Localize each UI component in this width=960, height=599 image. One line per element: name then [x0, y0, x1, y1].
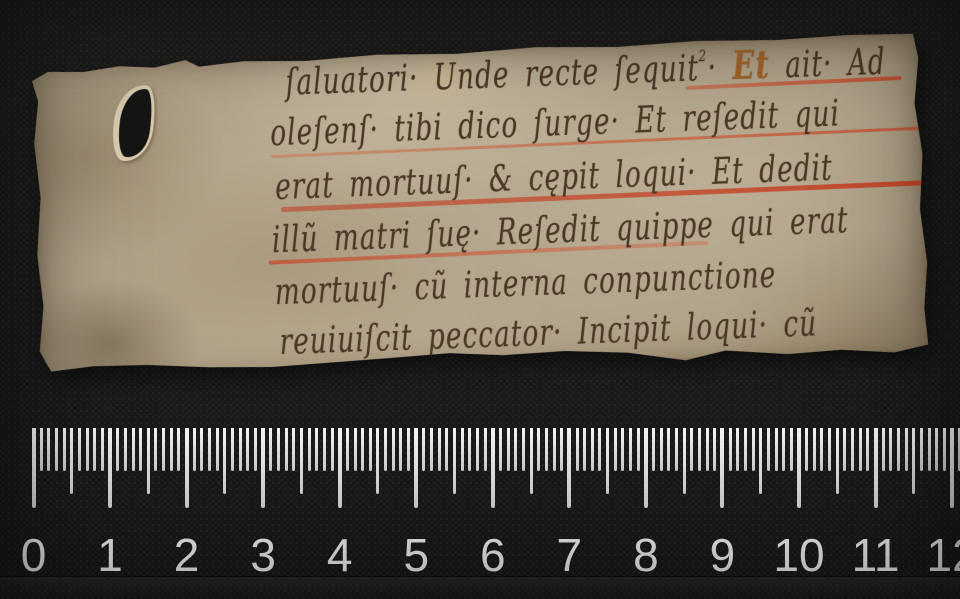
ruler-tick	[277, 428, 280, 471]
ruler-tick	[261, 428, 265, 508]
ruler-tick	[331, 428, 334, 471]
ruler-tick	[55, 428, 58, 471]
ruler-tick	[430, 428, 433, 471]
parchment-fragment: ſaluatori· Unde recte ſequit2· Et ait· A…	[30, 33, 931, 384]
ruler-tick	[323, 428, 326, 471]
ruler-tick	[468, 428, 471, 471]
ruler-tick	[889, 428, 892, 471]
ruler-tick	[560, 428, 563, 471]
ruler-tick	[652, 428, 655, 471]
ruler-tick	[683, 428, 686, 494]
ruler-tick	[530, 428, 533, 494]
ruler-tick	[139, 428, 142, 471]
ruler-tick	[874, 428, 878, 508]
ruler-tick	[591, 428, 594, 471]
ruler-tick	[208, 428, 211, 471]
ruler-tick	[736, 428, 739, 471]
ruler-number: 12	[927, 528, 960, 582]
ruler-tick	[522, 428, 525, 471]
photograph: ſaluatori· Unde recte ſequit2· Et ait· A…	[0, 0, 960, 599]
ruler-tick	[836, 428, 839, 494]
ruler-tick	[399, 428, 402, 471]
ruler-number: 3	[250, 528, 276, 582]
ruler-tick	[162, 428, 165, 471]
text-segment: Et	[731, 42, 770, 89]
ruler-tick	[124, 428, 127, 471]
ruler-tick	[820, 428, 823, 471]
ruler-tick	[928, 428, 931, 471]
ruler-tick	[147, 428, 150, 494]
ruler-tick	[70, 428, 73, 494]
ruler-tick	[422, 428, 425, 471]
ruler-tick	[629, 428, 632, 471]
ruler-tick	[920, 428, 923, 471]
ruler-tick	[63, 428, 66, 471]
table-edge	[0, 576, 960, 599]
ruler-tick	[491, 428, 495, 508]
ruler-tick	[170, 428, 173, 471]
ruler-tick	[950, 428, 954, 508]
ruler-tick	[93, 428, 96, 471]
ruler-tick	[744, 428, 747, 471]
ruler-tick	[935, 428, 938, 471]
ruler-tick	[706, 428, 709, 471]
ruler-number: 7	[557, 528, 583, 582]
ruler-tick	[905, 428, 908, 471]
ruler-tick	[598, 428, 601, 471]
ruler-tick	[752, 428, 755, 471]
ruler-tick	[912, 428, 915, 494]
ruler-number: 10	[773, 528, 824, 582]
ruler-tick	[507, 428, 510, 471]
ruler-tick	[576, 428, 579, 471]
ruler-tick	[775, 428, 778, 471]
ruler-tick	[47, 428, 50, 471]
ruler-tick	[943, 428, 946, 471]
ruler-tick	[644, 428, 648, 508]
ruler-number: 4	[327, 528, 353, 582]
ruler-tick	[223, 428, 226, 494]
ruler-tick	[216, 428, 219, 471]
ruler-tick	[843, 428, 846, 471]
ruler-number: 1	[97, 528, 123, 582]
ruler-tick	[660, 428, 663, 471]
parchment-surface: ſaluatori· Unde recte ſequit2· Et ait· A…	[30, 33, 931, 384]
ruler-tick	[154, 428, 157, 471]
ruler-tick	[667, 428, 670, 471]
ruler-tick	[300, 428, 303, 494]
ruler-tick	[553, 428, 556, 471]
ruler-tick	[376, 428, 379, 494]
ruler-tick	[637, 428, 640, 471]
ruler-tick	[285, 428, 288, 471]
ruler-tick	[239, 428, 242, 471]
ruler-tick	[246, 428, 249, 471]
ruler-tick	[346, 428, 349, 471]
ruler-tick	[720, 428, 724, 508]
ruler-tick	[292, 428, 295, 471]
ruler-tick	[78, 428, 81, 471]
ruler-tick	[813, 428, 816, 471]
ruler-tick	[537, 428, 540, 471]
ruler-tick	[897, 428, 900, 471]
ruler-tick	[614, 428, 617, 471]
ruler-tick	[514, 428, 517, 471]
ruler-number: 9	[710, 528, 736, 582]
ruler-tick	[866, 428, 869, 471]
ruler-number: 0	[21, 528, 47, 582]
text-segment: ait· Ad	[769, 42, 886, 87]
ruler-tick	[476, 428, 479, 471]
ruler-tick	[729, 428, 732, 471]
ruler-tick	[392, 428, 395, 471]
ruler-number: 11	[852, 528, 900, 582]
ruler-tick	[621, 428, 624, 471]
ruler-tick	[269, 428, 272, 471]
ruler-tick	[231, 428, 234, 471]
ruler-tick	[484, 428, 487, 471]
ruler-number: 2	[174, 528, 200, 582]
ruler-tick	[713, 428, 716, 471]
ruler-tick	[177, 428, 180, 471]
ruler-tick	[414, 428, 418, 508]
ruler-tick	[606, 428, 609, 494]
ruler-tick	[759, 428, 762, 494]
text-segment: ·	[707, 47, 733, 89]
ruler-number: 8	[633, 528, 659, 582]
ruler-tick	[384, 428, 387, 471]
ruler-tick	[308, 428, 311, 471]
ruler-tick	[690, 428, 693, 471]
ruler-tick	[132, 428, 135, 471]
ruler-tick	[859, 428, 862, 471]
ruler-tick	[499, 428, 502, 471]
ruler-tick	[445, 428, 448, 471]
ruler-tick	[567, 428, 571, 508]
ruler-tick	[545, 428, 548, 471]
ruler-tick	[790, 428, 793, 471]
ruler-number: 5	[403, 528, 429, 582]
ruler-number: 6	[480, 528, 506, 582]
ruler-tick	[254, 428, 257, 471]
ruler-tick	[369, 428, 372, 471]
ruler-tick	[828, 428, 831, 471]
ruler-tick	[338, 428, 342, 508]
ruler-tick	[698, 428, 701, 471]
ruler-tick	[583, 428, 586, 471]
ruler-tick	[767, 428, 770, 471]
ruler-tick	[354, 428, 357, 471]
ruler-tick	[185, 428, 189, 508]
ruler-tick	[32, 428, 36, 508]
ruler-tick	[805, 428, 808, 471]
ruler-tick	[453, 428, 456, 494]
ruler-tick	[438, 428, 441, 471]
ruler-tick	[315, 428, 318, 471]
ruler-tick	[882, 428, 885, 471]
ruler-tick	[108, 428, 112, 508]
ruler-tick	[851, 428, 854, 471]
text-segment: 2	[698, 46, 707, 65]
ruler-tick	[40, 428, 43, 471]
ruler-tick	[361, 428, 364, 471]
ruler-tick	[797, 428, 801, 508]
ruler-tick	[116, 428, 119, 471]
ruler-tick	[101, 428, 104, 471]
ruler-tick	[675, 428, 678, 471]
ruler-tick	[200, 428, 203, 471]
ruler-tick	[782, 428, 785, 471]
ruler-tick	[461, 428, 464, 471]
ruler-tick	[407, 428, 410, 471]
ruler-tick	[86, 428, 89, 471]
ruler-tick	[193, 428, 196, 471]
